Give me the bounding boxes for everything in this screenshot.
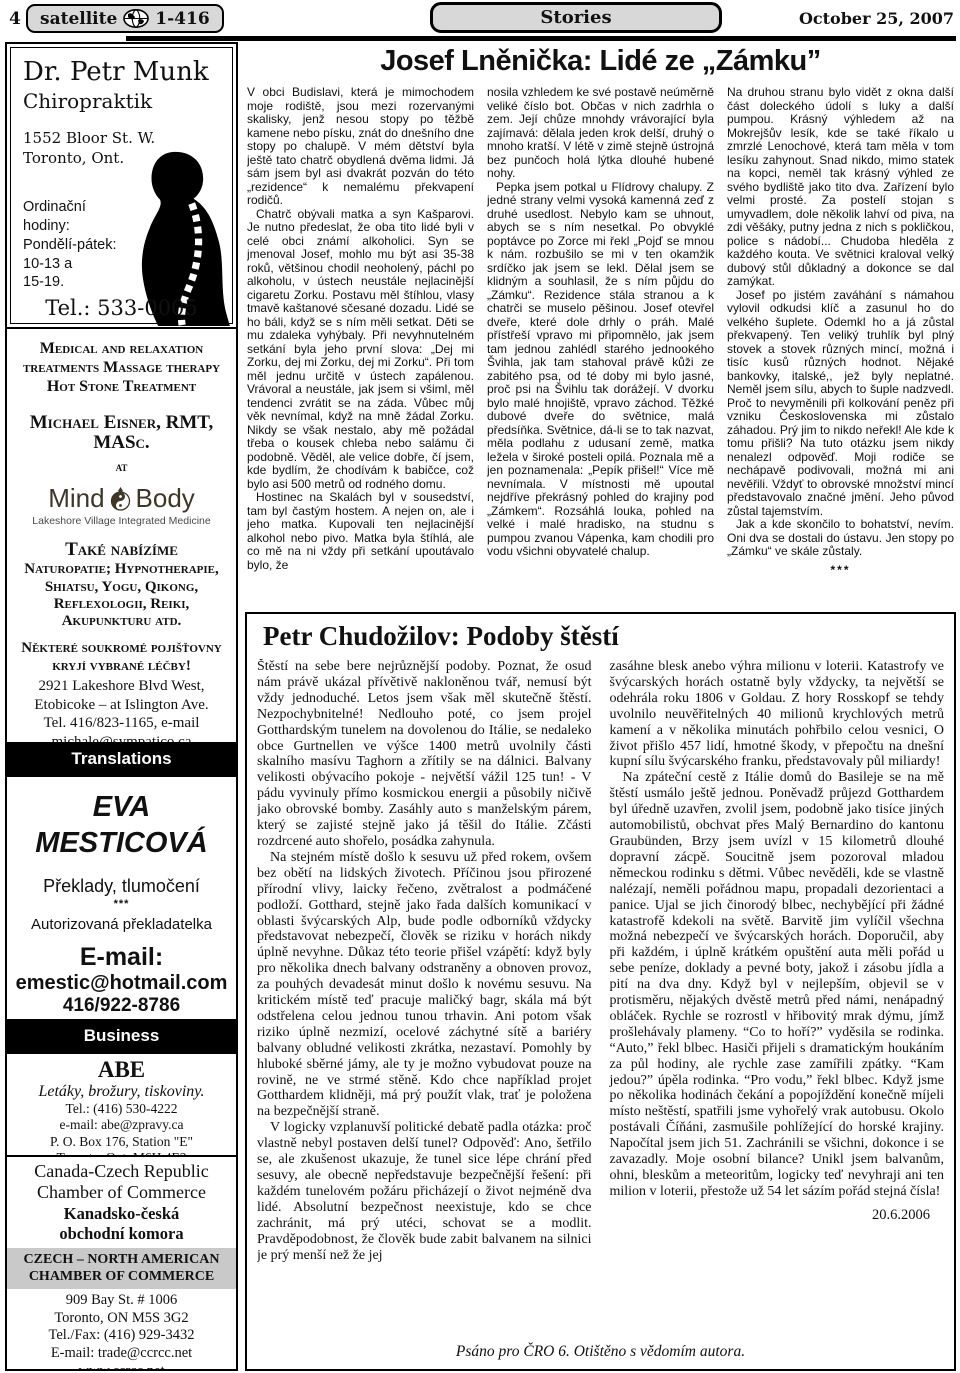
chamber-name-en-line1: Canada-Czech Republic bbox=[7, 1161, 236, 1182]
page-body: Dr. Petr Munk Chiropraktik 1552 Bloor St… bbox=[5, 42, 956, 1371]
sidebar: Dr. Petr Munk Chiropraktik 1552 Bloor St… bbox=[5, 42, 238, 1371]
ad-chiropractor: Dr. Petr Munk Chiropraktik 1552 Bloor St… bbox=[5, 42, 238, 329]
article-end-separator: *** bbox=[727, 564, 954, 578]
business-section-bar: Business bbox=[5, 1019, 238, 1054]
paragraph: Štěstí na sebe bere nejrůznější podoby. … bbox=[257, 659, 592, 850]
paragraph: Josef po jistém zaváhání s námahou vylov… bbox=[727, 289, 954, 519]
paragraph: 2921 Lakeshore Blvd West, bbox=[13, 677, 230, 696]
chamber-address-line1: 909 Bay St. # 1006 bbox=[7, 1292, 236, 1310]
article2-body: Štěstí na sebe bere nejrůznější podoby. … bbox=[257, 659, 944, 1263]
chiro-address-line1: 1552 Bloor St. W. bbox=[23, 129, 226, 149]
chamber-name-cz-line2: obchodní komora bbox=[7, 1224, 236, 1244]
chamber-telfax: Tel./Fax: (416) 929-3432 bbox=[7, 1327, 236, 1345]
abe-pobox: P. O. Box 176, Station "E" bbox=[7, 1134, 236, 1150]
translator-certified: Autorizovaná překladatelka bbox=[7, 916, 236, 933]
section-title: Stories bbox=[540, 7, 611, 28]
ad-chamber-of-commerce: Canada-Czech Republic Chamber of Commerc… bbox=[5, 1155, 238, 1371]
translator-name-line1: EVA bbox=[7, 789, 236, 825]
massage-practitioner: Michael Eisner, RMT, MASc. bbox=[13, 413, 230, 455]
chamber-website: www.ccrcc.net bbox=[7, 1363, 236, 1371]
stars-separator: *** bbox=[7, 898, 236, 910]
translator-service: Překlady, tlumočení bbox=[7, 876, 236, 897]
yin-yang-icon bbox=[110, 487, 131, 511]
email-label: E-mail: bbox=[7, 943, 236, 972]
abe-name: ABE bbox=[7, 1057, 236, 1083]
article1-column3-text: Na druhou stranu bylo vidět z okna další… bbox=[727, 86, 954, 559]
paragraph: Tel. 416/823-1165, e-mail bbox=[13, 714, 230, 733]
paragraph: Na stejném místě došlo k sesuvu už před … bbox=[257, 850, 592, 1120]
chamber-address-line2: Toronto, ON M5S 3G2 bbox=[7, 1310, 236, 1328]
chiro-name: Dr. Petr Munk bbox=[23, 58, 226, 86]
also-offering-list: Naturopatie; Hypnotherapie, Shiatsu, Yog… bbox=[13, 561, 230, 630]
globe-icon bbox=[123, 9, 149, 28]
newspaper-page: 4 satellite 1-416 Stories October 25, 20… bbox=[0, 0, 960, 1373]
massage-treatments: Medical and relaxation treatments Massag… bbox=[13, 339, 230, 397]
translator-email: emestic@hotmail.com bbox=[7, 972, 236, 995]
issue-number: 1-416 bbox=[155, 9, 209, 29]
abe-tagline: Letáky, brožury, tiskoviny. bbox=[7, 1083, 236, 1101]
article2-column2: zasáhne blesk anebo výhra milionu v lote… bbox=[610, 659, 945, 1263]
section-pill: Stories bbox=[430, 2, 722, 33]
main-content: Josef Lněnička: Lidé ze „Zámku” V obci B… bbox=[245, 42, 956, 1371]
chamber-name-en: Canada-Czech Republic Chamber of Commerc… bbox=[7, 1161, 236, 1202]
paragraph: Chatrč obývali matka a syn Kašparovi. Je… bbox=[247, 208, 474, 492]
logo-word-mind: Mind bbox=[48, 483, 104, 514]
paragraph: Pepka jsem potkal u Flídrovy chalupy. Z … bbox=[487, 181, 714, 559]
translator-name: EVA MESTICOVÁ bbox=[7, 789, 236, 862]
issue-date: October 25, 2007 bbox=[799, 9, 954, 28]
article2-title: Petr Chudožilov: Podoby štěstí bbox=[263, 621, 944, 652]
article1-title: Josef Lněnička: Lidé ze „Zámku” bbox=[245, 45, 956, 78]
paragraph: Etobicoke – at Islington Ave. bbox=[13, 696, 230, 715]
article1-body: V obci Budislavi, která je mimochodem mo… bbox=[245, 86, 956, 608]
chiro-phone: Tel.: 533-0005 bbox=[7, 296, 236, 320]
chamber-name-cz-line1: Kanadsko-česká bbox=[7, 1204, 236, 1224]
ad-translator: EVA MESTICOVÁ Překlady, tlumočení *** Au… bbox=[5, 775, 238, 1021]
chiro-subtitle: Chiropraktik bbox=[23, 89, 226, 113]
paragraph: nosila vzhledem ke své postavě neúměrně … bbox=[487, 86, 714, 181]
mind-body-logo: Mind Body bbox=[13, 483, 230, 514]
page-number: 4 bbox=[9, 9, 21, 29]
translator-phone: 416/922-8786 bbox=[7, 995, 236, 1017]
abe-phone: Tel.: (416) 530-4222 bbox=[7, 1101, 236, 1117]
massage-at-label: at bbox=[13, 459, 230, 475]
massage-address: 2921 Lakeshore Blvd West,Etobicoke – at … bbox=[13, 677, 230, 744]
article2-column2-text: zasáhne blesk anebo výhra milionu v lote… bbox=[610, 659, 945, 1200]
article1-column2: nosila vzhledem ke své postavě neúměrně … bbox=[487, 86, 714, 608]
masthead-pill: satellite 1-416 bbox=[26, 4, 224, 33]
chamber-name-en-line2: Chamber of Commerce bbox=[7, 1182, 236, 1203]
article2-column1: Štěstí na sebe bere nejrůznější podoby. … bbox=[257, 659, 592, 1263]
chamber-name-cz: Kanadsko-česká obchodní komora bbox=[7, 1204, 236, 1244]
also-offering-heading: Také nabízíme bbox=[13, 539, 230, 561]
translator-name-line2: MESTICOVÁ bbox=[7, 825, 236, 861]
ad-abe: ABE Letáky, brožury, tiskoviny. Tel.: (4… bbox=[5, 1052, 238, 1157]
masthead-title: satellite bbox=[40, 9, 117, 29]
article1-column1: V obci Budislavi, která je mimochodem mo… bbox=[247, 86, 474, 608]
article2-footer-note: Psáno pro ČRO 6. Otištěno s vědomím auto… bbox=[247, 1343, 954, 1361]
paragraph: V logicky vzplanuvší politické debatě pa… bbox=[257, 1120, 592, 1263]
article2-box: Petr Chudožilov: Podoby štěstí Štěstí na… bbox=[245, 612, 956, 1371]
paragraph: V obci Budislavi, která je mimochodem mo… bbox=[247, 86, 474, 208]
article2-date: 20.6.2006 bbox=[610, 1208, 945, 1224]
logo-word-body: Body bbox=[136, 483, 195, 514]
chamber-email: E-mail: trade@ccrcc.net bbox=[7, 1345, 236, 1363]
chamber-band-line1: CZECH – NORTH AMERICAN bbox=[7, 1251, 236, 1269]
logo-subtitle: Lakeshore Village Integrated Medicine bbox=[13, 515, 230, 527]
paragraph: Na zpáteční cestě z Itálie domů do Basil… bbox=[610, 770, 945, 1199]
chamber-address: 909 Bay St. # 1006 Toronto, ON M5S 3G2 T… bbox=[7, 1292, 236, 1371]
abe-email: e-mail: abe@zpravy.ca bbox=[7, 1117, 236, 1133]
article1-column3: Na druhou stranu bylo vidět z okna další… bbox=[727, 86, 954, 608]
insurance-note: Některé soukromé pojišťovny kryjí vybran… bbox=[13, 640, 230, 675]
paragraph: Na druhou stranu bylo vidět z okna další… bbox=[727, 86, 954, 289]
paragraph: zasáhne blesk anebo výhra milionu v lote… bbox=[610, 659, 945, 770]
translations-section-bar: Translations bbox=[5, 742, 238, 777]
header-rule bbox=[126, 36, 956, 41]
paragraph: Hostinec na Skalách byl v sousedství, ta… bbox=[247, 491, 474, 572]
chamber-band: CZECH – NORTH AMERICAN CHAMBER OF COMMER… bbox=[7, 1248, 236, 1289]
chamber-band-line2: CHAMBER OF COMMERCE bbox=[7, 1268, 236, 1286]
ad-massage: Medical and relaxation treatments Massag… bbox=[5, 327, 238, 744]
paragraph: Jak a kde skončilo to bohatství, nevím. … bbox=[727, 518, 954, 559]
